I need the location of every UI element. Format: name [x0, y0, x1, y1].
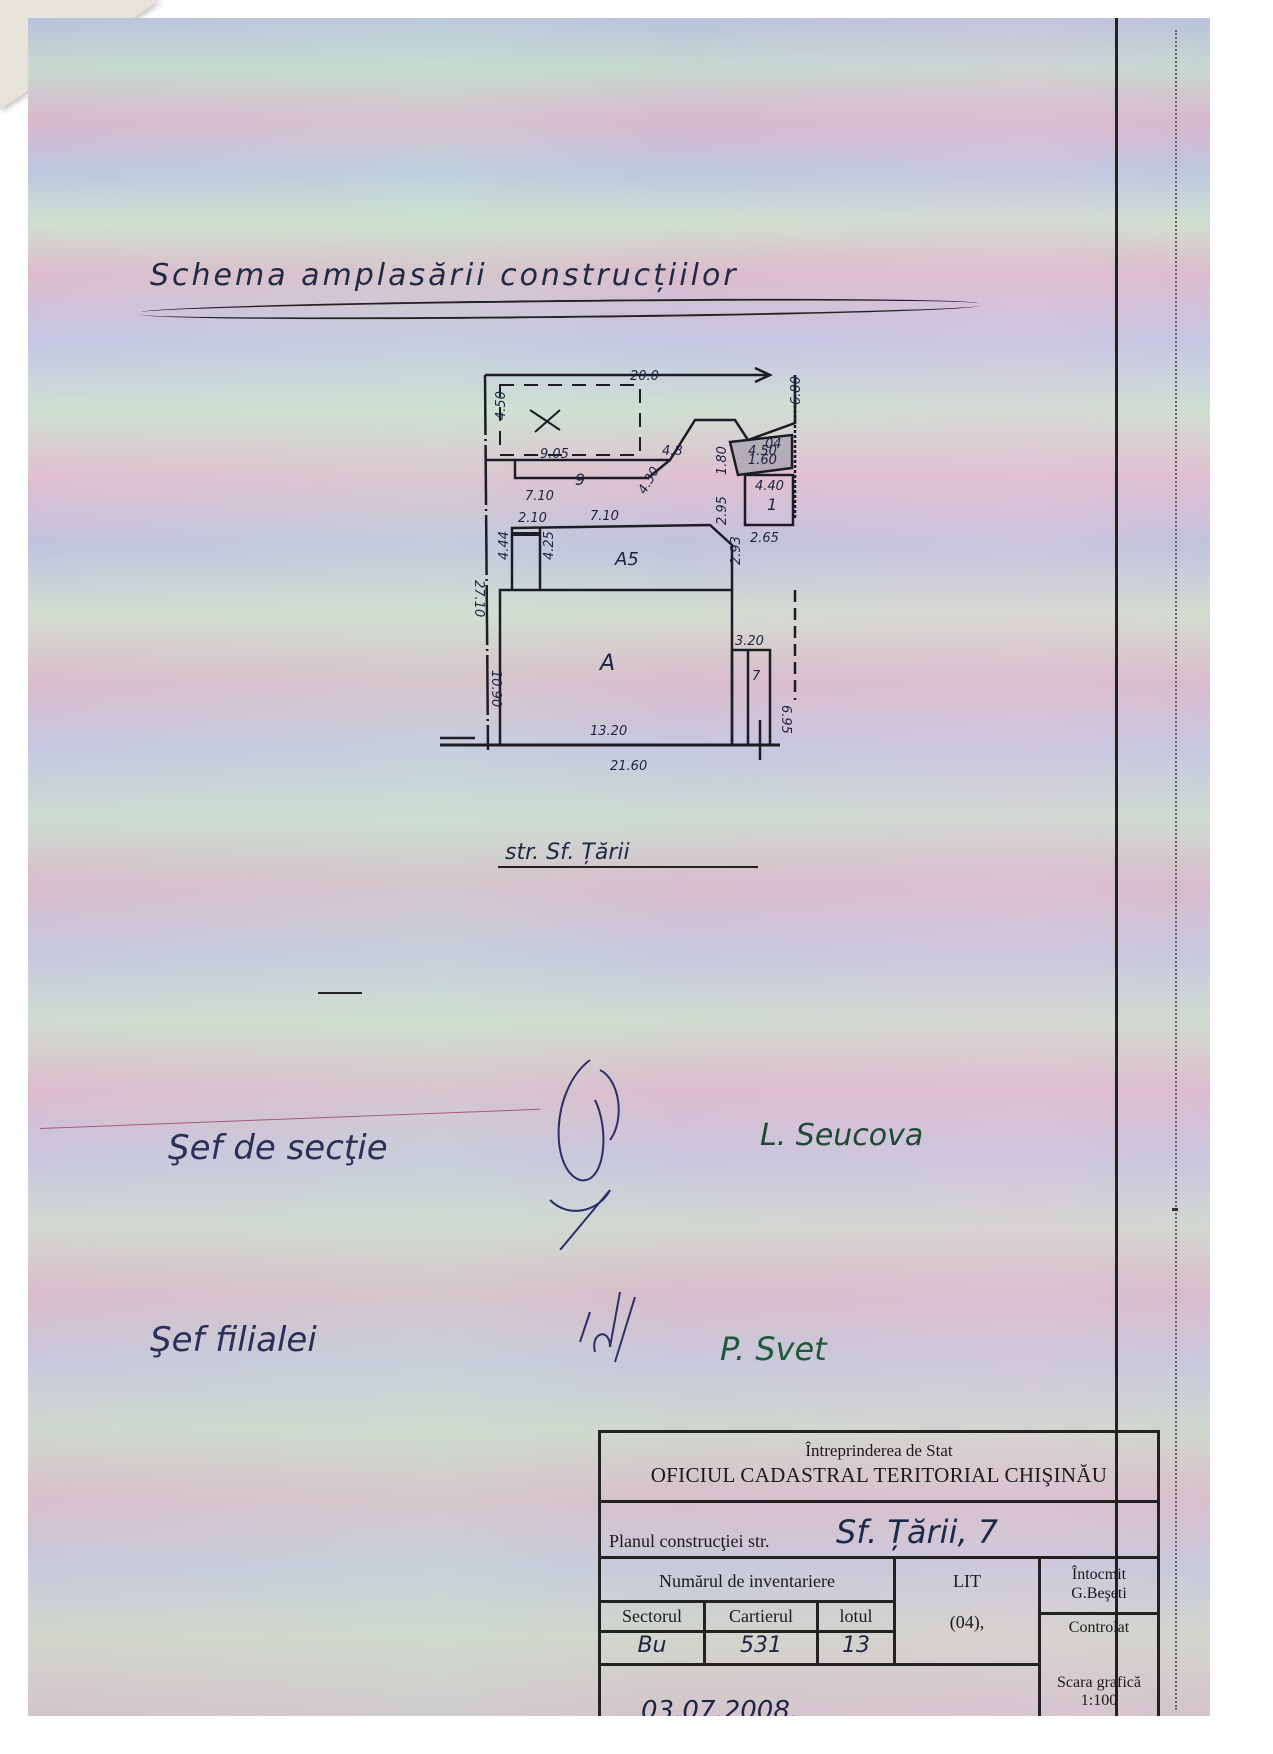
dim-shed-side-a: 4.40: [755, 479, 784, 494]
prepared-cell: Întocmit G.Beşeti: [1041, 1559, 1157, 1615]
section-head-signature: [510, 1050, 650, 1250]
label-main-building: A: [598, 651, 615, 676]
dim-top-width: 20.0: [630, 369, 659, 384]
dim-step-width: 7.10: [525, 489, 554, 504]
dim-top-left-height: 4.50: [494, 391, 509, 420]
scale-value: 1:100: [1041, 1692, 1157, 1710]
label-side-7: 7: [752, 669, 761, 684]
plan-street-value: Sf. Țării, 7: [836, 1513, 998, 1551]
org-line-1: Întreprinderea de Stat: [601, 1441, 1157, 1461]
dim-annex-right-width: 7.10: [590, 509, 619, 524]
quarter-header: Cartierul: [706, 1603, 819, 1633]
branch-head-name: P. Svet: [720, 1330, 827, 1368]
frame-dotted-edge: [1175, 30, 1177, 1710]
separator-dash: [318, 992, 362, 994]
dim-shed-small-height: 1.80: [715, 446, 730, 475]
dim-main-width: 13.20: [590, 724, 627, 739]
scan-bottom-margin: [0, 1716, 1273, 1754]
org-line-2: OFICIUL CADASTRAL TERITORIAL CHIŞINĂU: [601, 1463, 1157, 1488]
street-underline: [498, 866, 758, 868]
dim-main-height: 10.90: [488, 670, 503, 707]
lit-label: LIT: [896, 1571, 1038, 1592]
lit-cell: LIT (04),: [896, 1559, 1041, 1666]
title-block: Întreprinderea de Stat OFICIUL CADASTRAL…: [598, 1430, 1160, 1720]
section-head-label: Şef de secţie: [168, 1128, 388, 1168]
street-label: str. Sf. Țării: [505, 840, 630, 865]
inventory-grid: Numărul de inventariere Sectorul Cartier…: [601, 1559, 1157, 1723]
branch-head-label: Şef filialei: [150, 1320, 317, 1360]
scale-label: Scara grafică: [1041, 1674, 1157, 1692]
sector-value: Bu: [601, 1633, 706, 1666]
dim-inner-width: 9.05: [540, 447, 569, 462]
lot-value: 13: [819, 1633, 896, 1666]
section-head-name: L. Seucova: [760, 1118, 923, 1153]
dim-total-width: 21.60: [610, 759, 647, 774]
title-block-header: Întreprinderea de Stat OFICIUL CADASTRAL…: [601, 1433, 1157, 1503]
lit-value: (04),: [896, 1612, 1038, 1633]
dim-top-right-height: 6.80: [789, 376, 804, 405]
label-lit-9: 9: [575, 470, 585, 489]
site-plan-drawing: 20.0 6.80 4.50 9.05 7.10 4.8 4.30 4.50 2…: [430, 360, 810, 790]
plan-row: Planul construcţiei str. Sf. Țării, 7: [601, 1503, 1157, 1559]
checked-label: Controlat: [1041, 1615, 1157, 1666]
lot-header: lotul: [819, 1603, 896, 1633]
dim-shed-top: 1.60: [748, 453, 777, 468]
dim-annex-left-width: 2.10: [518, 511, 547, 526]
document-title: Schema amplasării construcțiilor: [150, 258, 739, 293]
inventory-label: Numărul de inventariere: [601, 1559, 896, 1603]
prepared-label: Întocmit: [1041, 1565, 1157, 1584]
sector-header: Sectorul: [601, 1603, 706, 1633]
dim-left-total-height: 27.10: [471, 580, 486, 617]
branch-head-signature: [570, 1282, 650, 1372]
site-plan-svg: 20.0 6.80 4.50 9.05 7.10 4.8 4.30 4.50 2…: [430, 360, 810, 790]
dim-annex-right-height: 2.93: [729, 536, 744, 565]
dim-shed-bottom: 2.65: [750, 531, 779, 546]
dim-shed-side-b: 2.95: [715, 496, 730, 525]
dim-side-annex-height: 6.95: [778, 705, 793, 734]
label-annex: A5: [614, 549, 639, 570]
label-shed-04: 04: [765, 437, 782, 452]
dim-side-annex-width: 3.20: [735, 634, 764, 649]
dim-annex-left-height: 4.44: [497, 531, 512, 560]
dim-diagonal-2: 4.8: [662, 444, 683, 459]
plan-label: Planul construcţiei str.: [609, 1531, 769, 1552]
label-shed-1: 1: [767, 495, 777, 514]
margin-mark: [1172, 1208, 1178, 1211]
prepared-by: G.Beşeti: [1041, 1584, 1157, 1603]
dim-annex-inner-height: 4.25: [542, 531, 557, 560]
quarter-value: 531: [706, 1633, 819, 1666]
